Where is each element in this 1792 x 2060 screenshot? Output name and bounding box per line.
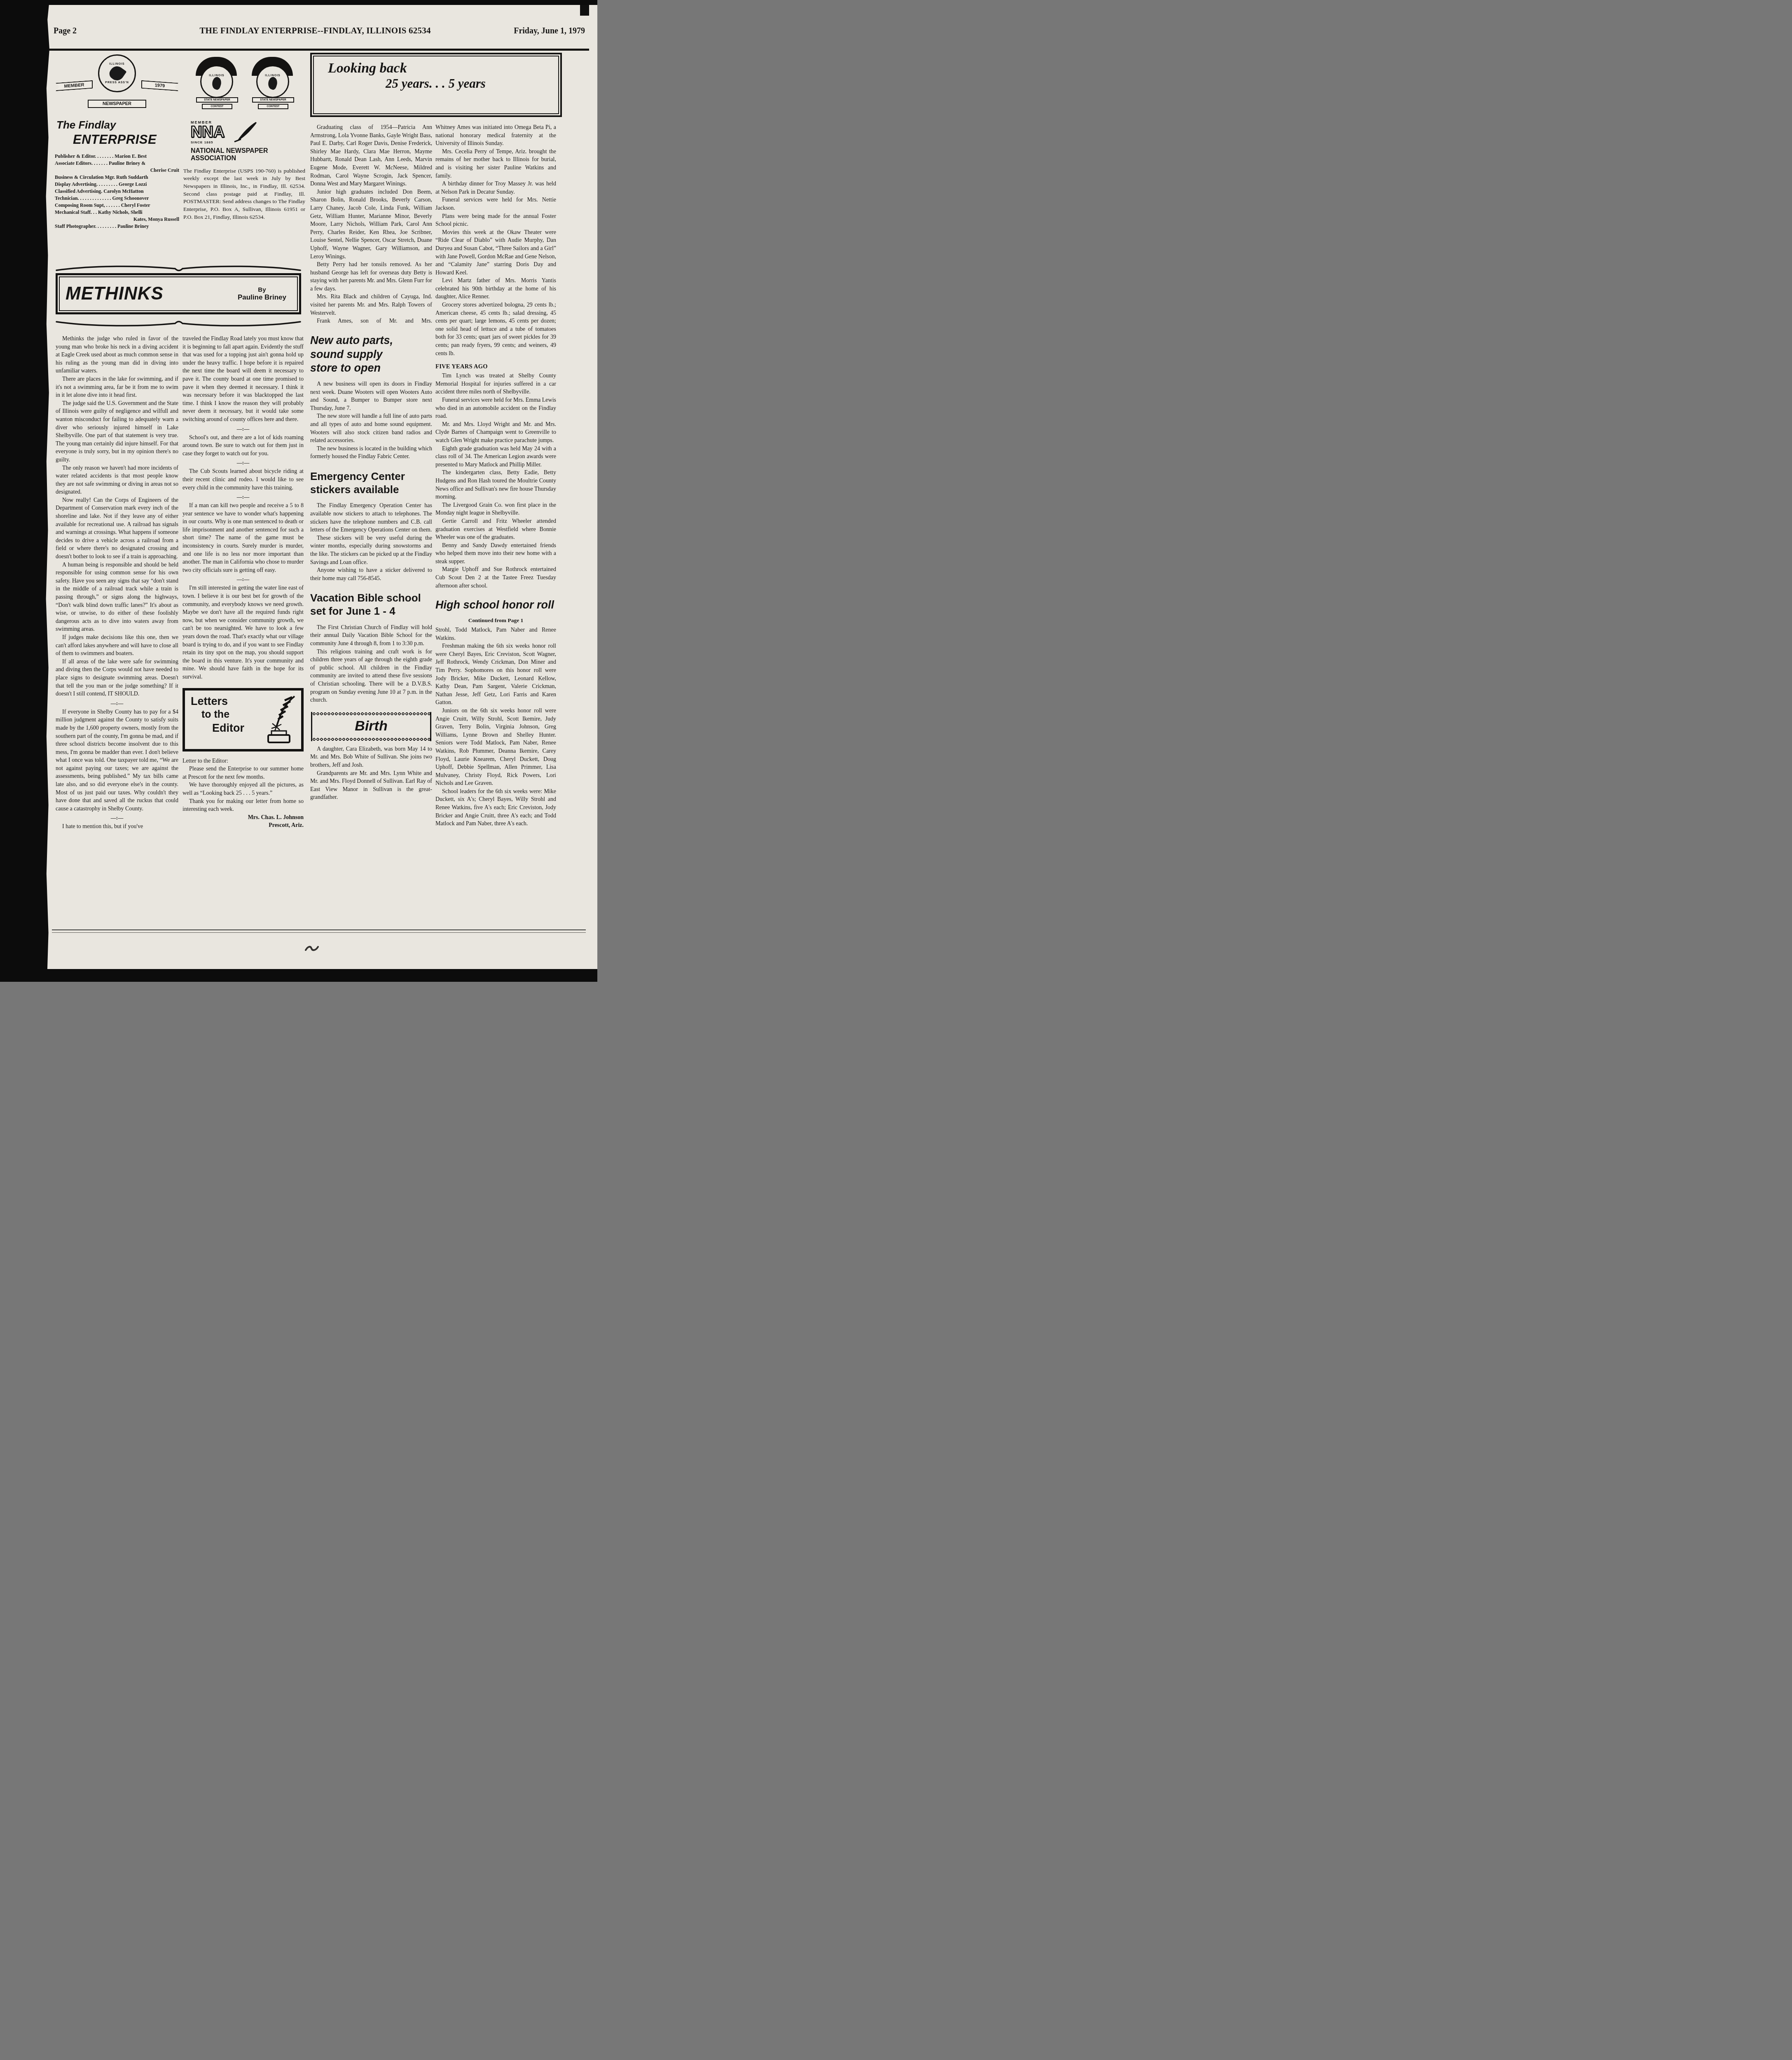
letters-to-editor-box: Letters to the Editor (182, 688, 304, 751)
letters-box-line: to the (201, 708, 244, 721)
continued-from-label: Continued from Page 1 (435, 617, 556, 624)
signature-name: Mrs. Chas. L. Johnson (182, 814, 304, 822)
quill-icon (267, 76, 279, 91)
article-paragraph: The judge said the U.S. Government and t… (56, 400, 178, 464)
scan-corner-mark (580, 5, 589, 16)
article-paragraph: If judges make decisions like this one, … (56, 634, 178, 658)
article-paragraph: I hate to mention this, but if you've (56, 823, 178, 831)
divider-mark: —:— (182, 459, 304, 466)
article-paragraph: A birthday dinner for Troy Massey Jr. wa… (435, 180, 556, 196)
honor-roll-headline: High school honor roll (435, 598, 556, 612)
article-paragraph: Grandparents are Mr. and Mrs. Lynn White… (310, 770, 432, 802)
seal-text-top: ILLINOIS (109, 63, 125, 66)
letters-box-line: Letters (191, 695, 244, 709)
masthead-column: MEMBER 1979 NEWSPAPER ILLINOIS PRESS ASS… (55, 54, 179, 230)
article-paragraph: Please send the Enterprise to our summer… (182, 765, 304, 781)
looking-back-title-line2: 25 years. . . 5 years (386, 76, 558, 91)
staff-line: Business & Circulation Mgr. Ruth Suddart… (55, 174, 179, 181)
header-rule (49, 49, 589, 51)
page-header: Page 2 THE FINDLAY ENTERPRISE--FINDLAY, … (54, 26, 585, 36)
staff-line: Kates, Monya Russell (55, 216, 179, 223)
page-number: Page 2 (54, 26, 152, 36)
quill-icon (211, 76, 223, 91)
scallop-border (312, 712, 430, 716)
scan-edge-top (0, 0, 597, 5)
scan-edge-left (0, 0, 49, 982)
article-paragraph: Mrs. Cecelia Perry of Tempe, Ariz. broug… (435, 148, 556, 180)
staff-line: Mechanical Staff. . . Kathy Nichols, She… (55, 209, 179, 216)
swash-divider-icon (55, 264, 302, 273)
contest-ribbon: CONTEST (202, 104, 232, 109)
article-paragraph: Benny and Sandy Dawdy entertained friend… (435, 542, 556, 566)
swash-divider-icon (55, 319, 302, 328)
article-paragraph: traveled the Findlay Road lately you mus… (182, 335, 304, 424)
article-paragraph: We have thoroughly enjoyed all the pictu… (182, 781, 304, 797)
byline-name: Pauline Briney (238, 293, 286, 302)
stray-mark-icon (305, 944, 319, 953)
article-paragraph: The Livergood Grain Co. won first place … (435, 501, 556, 517)
headline-line: set for June 1 - 4 (310, 605, 432, 618)
article-paragraph: The Cub Scouts learned about bicycle rid… (182, 468, 304, 492)
article-paragraph: The new business is located in the build… (310, 445, 432, 461)
letter-salutation: Letter to the Editor: (182, 757, 304, 765)
article-paragraph: Funeral services were held for Mrs. Emma… (435, 396, 556, 421)
methinks-column-2: traveled the Findlay Road lately you mus… (182, 335, 304, 830)
article-paragraph: If a man can kill two people and receive… (182, 502, 304, 574)
birth-box: Birth (311, 712, 431, 741)
methinks-column-1: Methinks the judge who ruled in favor of… (56, 335, 178, 831)
article-paragraph: A human being is responsible and should … (56, 561, 178, 634)
press-association-seal-icon: ILLINOIS PRESS ASS'N (98, 54, 136, 92)
article-paragraph: Now really! Can the Corps of Engineers o… (56, 496, 178, 561)
article-paragraph: Graduating class of 1954—Patricia Ann Ar… (310, 124, 432, 188)
contest-ribbon: STATE NEWSPAPER (252, 97, 294, 103)
looking-back-title-line1: Looking back (328, 61, 558, 76)
looking-back-box: Looking back 25 years. . . 5 years (310, 53, 562, 117)
article-paragraph: Plans were being made for the annual Fos… (435, 213, 556, 229)
methinks-banner: METHINKS By Pauline Briney (56, 273, 301, 314)
divider-mark: —:— (182, 426, 304, 432)
article-paragraph: School's out, and there are a lot of kid… (182, 434, 304, 458)
quill-icon (107, 63, 126, 83)
article-paragraph: Anyone wishing to have a sticker deliver… (310, 566, 432, 583)
article-paragraph: Junior high graduates included Don Beem,… (310, 188, 432, 261)
article-paragraph: Movies this week at the Okaw Theater wer… (435, 229, 556, 277)
article-paragraph: The Findlay Emergency Operation Center h… (310, 502, 432, 534)
auto-story-headline: New auto parts, sound supply store to op… (310, 334, 432, 375)
byline-by: By (238, 286, 286, 293)
headline-line: stickers available (310, 483, 432, 496)
bottom-rule (52, 929, 586, 930)
staff-line: Associate Editors. . . . . . . Pauline B… (55, 160, 179, 167)
page-date: Friday, June 1, 1979 (478, 26, 585, 36)
headline-line: store to open (310, 361, 432, 375)
running-title: THE FINDLAY ENTERPRISE--FINDLAY, ILLINOI… (152, 26, 478, 36)
ribbon-member: MEMBER (56, 80, 93, 91)
article-paragraph: Tim Lynch was treated at Shelby County M… (435, 372, 556, 396)
divider-mark: —:— (56, 815, 178, 821)
signature-place: Prescott, Ariz. (182, 822, 304, 830)
article-paragraph: If all areas of the lake were safe for s… (56, 658, 178, 698)
article-paragraph: Strohl, Todd Matlock, Pam Naber and Rene… (435, 626, 556, 642)
staff-line: Staff Photographer. . . . . . . . . Paul… (55, 223, 179, 230)
article-paragraph: School leaders for the 6th six weeks wer… (435, 788, 556, 828)
headline-line: Emergency Center (310, 470, 432, 483)
article-paragraph: There are places in the lake for swimmin… (56, 375, 178, 400)
contest-ribbon: STATE NEWSPAPER (196, 97, 238, 103)
column-3: Graduating class of 1954—Patricia Ann Ar… (310, 124, 432, 802)
ribbon-year: 1979 (141, 80, 178, 91)
article-paragraph: The only reason we haven't had more inci… (56, 464, 178, 496)
vacation-story-headline: Vacation Bible school set for June 1 - 4 (310, 592, 432, 618)
quill-icon (230, 121, 259, 143)
staff-line: Classified Advertising. Carolyn McHatton (55, 188, 179, 195)
article-paragraph: Eighth grade graduation was held May 24 … (435, 445, 556, 469)
publication-column: ILLINOIS STATE NEWSPAPER CONTEST ILLINOI… (183, 54, 305, 221)
emergency-story-headline: Emergency Center stickers available (310, 470, 432, 496)
letters-box-line: Editor (212, 721, 244, 735)
scan-edge-bottom (0, 969, 597, 982)
divider-mark: —:— (56, 700, 178, 707)
scallop-border (312, 737, 430, 741)
contest-badge-icon: ILLINOIS STATE NEWSPAPER CONTEST (194, 54, 239, 117)
article-paragraph: This religious training and craft work i… (310, 648, 432, 705)
column-4: Whitney Ames was initiated into Omega Be… (435, 124, 556, 828)
article-paragraph: Mr. and Mrs. Lloyd Wright and Mr. and Mr… (435, 421, 556, 445)
member-badge: MEMBER 1979 NEWSPAPER ILLINOIS PRESS ASS… (55, 54, 179, 116)
article-paragraph: The First Christian Church of Findlay wi… (310, 624, 432, 648)
ribbon-newspaper: NEWSPAPER (88, 100, 146, 108)
article-paragraph: Gertie Carroll and Fritz Wheeler attende… (435, 517, 556, 542)
article-paragraph: A new business will open its doors in Fi… (310, 380, 432, 412)
divider-mark: —:— (182, 494, 304, 500)
headline-line: New auto parts, (310, 334, 432, 348)
article-paragraph: Methinks the judge who ruled in favor of… (56, 335, 178, 375)
contest-ribbon: CONTEST (258, 104, 288, 109)
article-paragraph: Betty Perry had her tonsils removed. As … (310, 261, 432, 293)
five-years-ago-heading: FIVE YEARS AGO (435, 363, 556, 370)
staff-line: Publisher & Editor. . . . . . . . Marion… (55, 153, 179, 160)
article-paragraph: The kindergarten class, Betty Eadie, Bet… (435, 469, 556, 501)
article-paragraph: Levi Martz father of Mrs. Morris Yantis … (435, 277, 556, 301)
seal-text-bottom: PRESS ASS'N (105, 81, 129, 84)
newspaper-page: Page 2 THE FINDLAY ENTERPRISE--FINDLAY, … (0, 0, 597, 982)
article-paragraph: Funeral services were held for Mrs. Nett… (435, 196, 556, 212)
methinks-title: METHINKS (66, 283, 164, 304)
staff-line: Display Advertising. . . . . . . . . Geo… (55, 181, 179, 188)
article-paragraph: These stickers will be very useful durin… (310, 534, 432, 566)
article-paragraph: Mrs. Rita Black and children of Cayuga, … (310, 293, 432, 317)
bottom-rule (52, 932, 586, 933)
article-paragraph: Grocery stores advertized bologna, 29 ce… (435, 301, 556, 358)
byline: By Pauline Briney (238, 286, 286, 302)
staff-line: Cherise Cruit (55, 167, 179, 174)
article-paragraph: Whitney Ames was initiated into Omega Be… (435, 124, 556, 148)
article-paragraph: A daughter, Cara Elizabeth, was born May… (310, 745, 432, 770)
publication-info: The Findlay Enterprise (USPS 190-760) is… (183, 167, 305, 221)
letter-signature: Mrs. Chas. L. Johnson Prescott, Ariz. (182, 814, 304, 830)
article-paragraph: Thank you for making our letter from hom… (182, 798, 304, 814)
headline-line: Vacation Bible school (310, 592, 432, 605)
contest-badge-icon: ILLINOIS STATE NEWSPAPER CONTEST (250, 54, 295, 117)
article-paragraph: I'm still interested in getting the wate… (182, 584, 304, 681)
article-paragraph: If everyone in Shelby County has to pay … (56, 708, 178, 813)
quill-inkwell-icon (260, 695, 298, 745)
article-paragraph: Freshman making the 6th six weeks honor … (435, 642, 556, 707)
paper-title-line2: ENTERPRISE (73, 132, 179, 147)
staff-line: Composing Room Supt, . . . . . . Cheryl … (55, 202, 179, 209)
article-paragraph: Juniors on the 6th six weeks honor roll … (435, 707, 556, 788)
staff-list: Publisher & Editor. . . . . . . . Marion… (55, 153, 179, 230)
paper-title-line1: The Findlay (56, 119, 179, 131)
birth-title: Birth (312, 716, 430, 737)
staff-line: Technician. . . . . . . . . . . . . . Gr… (55, 195, 179, 202)
nna-name-line1: NATIONAL NEWSPAPER (191, 147, 305, 155)
article-paragraph: Frank Ames, son of Mr. and Mrs. (310, 317, 432, 325)
article-paragraph: Margie Uphoff and Sue Rothrock entertain… (435, 566, 556, 590)
headline-line: sound supply (310, 348, 432, 362)
article-paragraph: The new store will handle a full line of… (310, 412, 432, 445)
nna-name-line2: ASSOCIATION (191, 155, 305, 162)
divider-mark: —:— (182, 576, 304, 583)
nna-logo: MEMBER NNA SINCE 1885 (191, 120, 305, 144)
